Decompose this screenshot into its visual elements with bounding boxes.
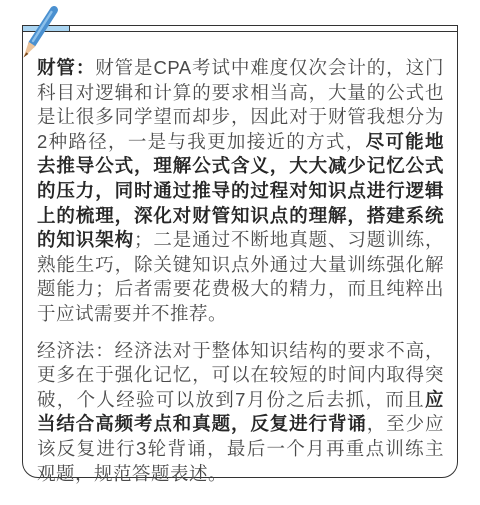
card-top-strip xyxy=(22,25,458,31)
card-text: 财管：财管是CPA考试中难度仅次会计的，这门科目对逻辑和计算的要求相当高，大量的… xyxy=(37,56,444,486)
note-card: 财管：财管是CPA考试中难度仅次会计的，这门科目对逻辑和计算的要求相当高，大量的… xyxy=(22,31,458,478)
paragraph: 经济法：经济法对于整体知识结构的要求不高，更多在于强化记忆，可以在较短的时间内取… xyxy=(37,339,444,487)
paragraph: 财管：财管是CPA考试中难度仅次会计的，这门科目对逻辑和计算的要求相当高，大量的… xyxy=(37,56,444,327)
strip-highlight-cell xyxy=(45,26,70,31)
note-card-page: 财管：财管是CPA考试中难度仅次会计的，这门科目对逻辑和计算的要求相当高，大量的… xyxy=(0,0,480,505)
body-text: 经济法：经济法对于整体知识结构的要求不高，更多在于强化记忆，可以在较短的时间内取… xyxy=(37,340,444,410)
strip-highlight-cell xyxy=(23,26,45,31)
emphasis-text: 财管： xyxy=(37,57,95,78)
